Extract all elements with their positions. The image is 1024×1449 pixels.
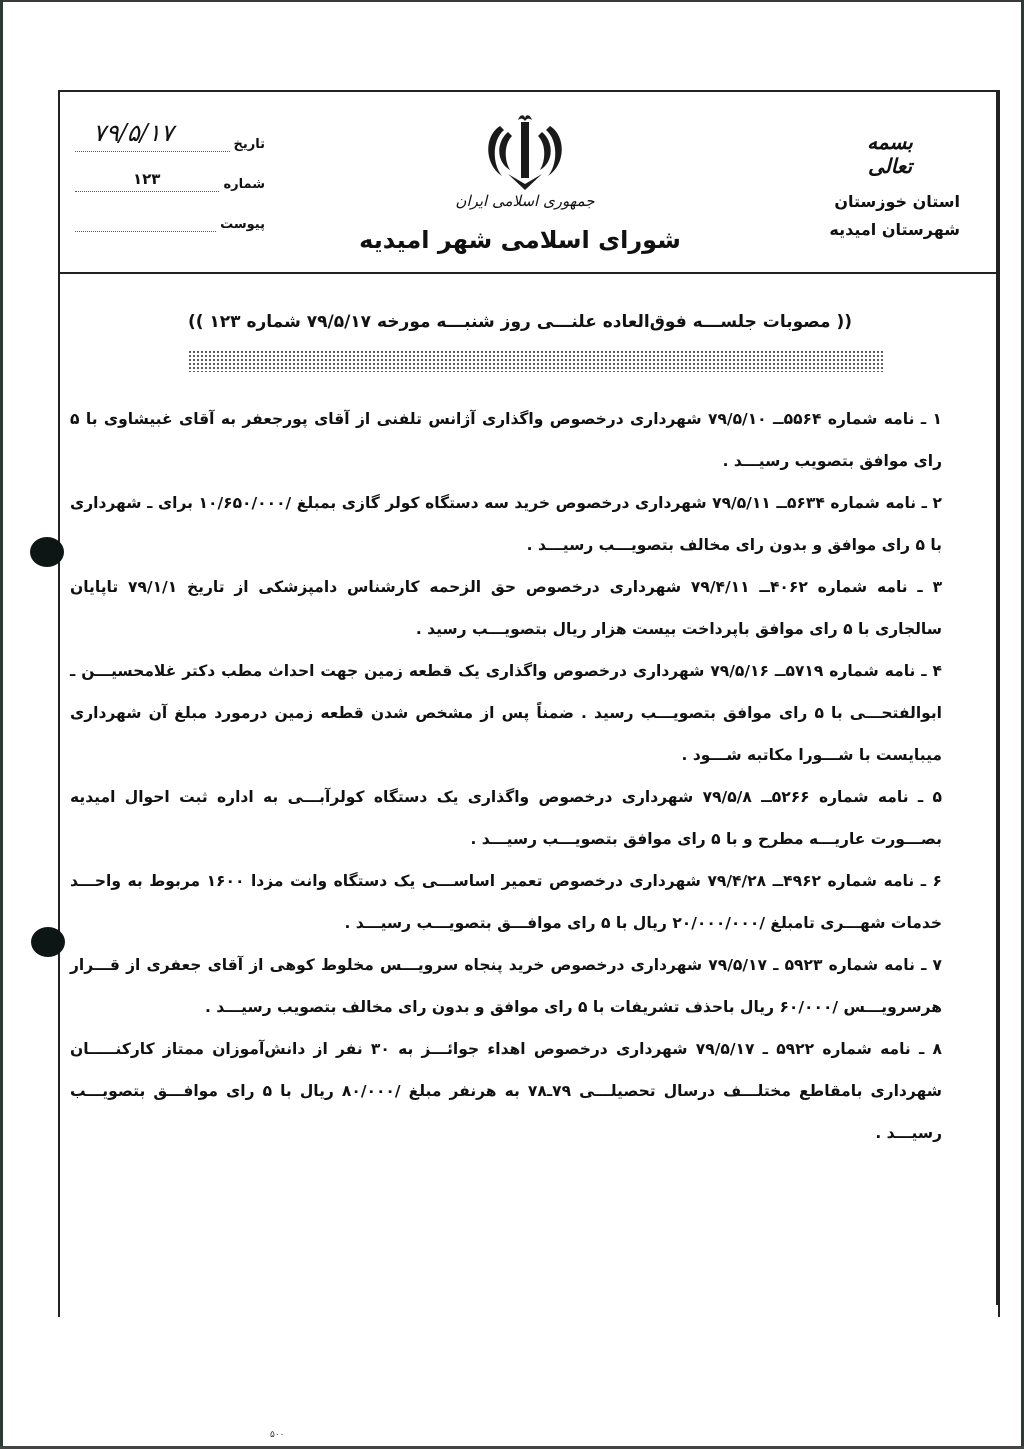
resolution-item: ۳ ـ نامه شماره ۴۰۶۲ــ ۷۹/۴/۱۱ شهرداری در… xyxy=(70,566,942,650)
resolution-list: ۱ ـ نامه شماره ۵۵۶۴ــ ۷۹/۵/۱۰ شهرداری در… xyxy=(70,398,942,1154)
number-field: ۱۲۳ xyxy=(75,171,219,192)
resolution-item: ۱ ـ نامه شماره ۵۵۶۴ــ ۷۹/۵/۱۰ شهرداری در… xyxy=(70,398,942,482)
province-name: استان خوزستان xyxy=(800,188,960,216)
attachment-row: پیوست xyxy=(75,192,265,232)
document-title: (( مصوبات جلســـه فوق‌العاده علنـــی روز… xyxy=(150,312,890,332)
page-edge-top xyxy=(0,0,1024,2)
resolution-item: ۶ ـ نامه شماره ۴۹۶۲ــ ۷۹/۴/۲۸ شهرداری در… xyxy=(70,860,942,944)
resolution-item: ۴ ـ نامه شماره ۵۷۱۹ــ ۷۹/۵/۱۶ شهرداری در… xyxy=(70,650,942,776)
iran-emblem-icon xyxy=(478,112,572,192)
date-row: تاریخ ۷۹/۵/۱۷ xyxy=(75,112,265,152)
number-label: شماره xyxy=(223,177,265,192)
date-field: ۷۹/۵/۱۷ xyxy=(75,131,230,152)
punch-hole-icon xyxy=(30,537,64,567)
header-separator xyxy=(58,272,998,274)
footer-mark: ۵۰۰ xyxy=(270,1430,285,1440)
attachment-label: پیوست xyxy=(220,217,265,232)
page-edge-left xyxy=(0,0,3,1449)
county-name: شهرستان امیدیه xyxy=(800,216,960,244)
attachment-field xyxy=(75,211,216,232)
resolution-item: ۵ ـ نامه شماره ۵۲۶۶ــ ۷۹/۵/۸ شهرداری درخ… xyxy=(70,776,942,860)
resolution-item: ۲ ـ نامه شماره ۵۶۳۴ــ ۷۹/۵/۱۱ شهرداری در… xyxy=(70,482,942,566)
province-block: استان خوزستان شهرستان امیدیه xyxy=(800,188,960,244)
date-label: تاریخ xyxy=(234,137,266,152)
number-row: شماره ۱۲۳ xyxy=(75,152,265,192)
number-value: ۱۲۳ xyxy=(93,170,160,188)
republic-name: جمهوری اسلامی ایران xyxy=(440,192,610,210)
dotted-divider xyxy=(188,350,883,372)
letter-meta: تاریخ ۷۹/۵/۱۷ شماره ۱۲۳ پیوست xyxy=(75,112,265,232)
council-name: شورای اسلامی شهر امیدیه xyxy=(330,226,710,254)
resolution-item: ۸ ـ نامه شماره ۵۹۲۲ ـ ۷۹/۵/۱۷ شهرداری در… xyxy=(70,1028,942,1154)
date-value: ۷۹/۵/۱۷ xyxy=(93,119,174,147)
resolution-item: ۷ ـ نامه شماره ۵۹۲۳ ـ ۷۹/۵/۱۷ شهرداری در… xyxy=(70,944,942,1028)
punch-hole-icon xyxy=(31,927,65,957)
bismillah: بسمه تعالی xyxy=(855,130,925,178)
